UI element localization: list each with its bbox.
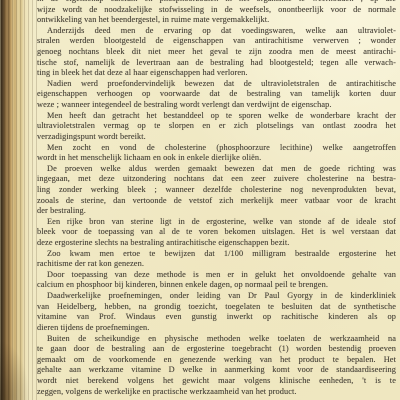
text-line: eigenschappen verhoogen op voorwaarde da…: [37, 89, 396, 100]
text-line: dieren tijdens de proefnemingen.: [37, 323, 396, 334]
text-line: tische stof, namelijk de levertraan aan …: [37, 58, 396, 69]
text-line: Nadien werd proefondervindelijk bewezen …: [37, 79, 396, 90]
text-line: zeggen, volgens de werkelijke en practis…: [37, 387, 396, 398]
text-line: van Heidelberg, hebben, na grondig toezi…: [37, 302, 396, 313]
text-line: weze ; wanneer integendeel de bestraling…: [37, 100, 396, 111]
text-line: genoeg nochtans bleek dit niet meer het …: [37, 47, 396, 58]
text-line: bleek voor de toepassing van al de te vo…: [37, 227, 396, 238]
text-line: deze ergosterine slechts na bestraling a…: [37, 238, 396, 249]
text-line: Zoo kwam men ertoe te bewijzen dat 1/100…: [37, 249, 396, 260]
text-line: ingegaan, met deze uitzondering nochtans…: [37, 174, 396, 185]
text-line: gemaakt om de voorkomende en genezende w…: [37, 355, 396, 366]
page-text: in de eigenschap calcium en phosphoorzou…: [37, 0, 396, 397]
text-line: stralen werden blootgesteld de eigenscha…: [37, 36, 396, 47]
text-line: wordt niet berekend volgens het gewicht …: [37, 376, 396, 387]
text-line: Daadwerkelijke proefnemingen, onder leid…: [37, 291, 396, 302]
text-line: Men heeft dan getracht het bestanddeel o…: [37, 111, 396, 122]
text-line: wijze wordt de noodzakelijke stofwisseli…: [37, 5, 396, 16]
text-line: calcium en phosphoor bij kinderen, binne…: [37, 280, 396, 291]
text-line: ling zonder werking bleek ; wanneer deze…: [37, 185, 396, 196]
book-page: in de eigenschap calcium en phosphoorzou…: [0, 0, 400, 400]
spine-shadow: [0, 340, 30, 400]
text-line: ultravioletstralen vermag op te slorpen …: [37, 121, 396, 132]
text-line: Buiten de scheikundige en physische meth…: [37, 334, 396, 345]
text-line: Anderzijds deed men de ervaring op dat v…: [37, 26, 396, 37]
text-line: Een rijke bron van sterine ligt in de er…: [37, 217, 396, 228]
text-line: Door toepassing van deze methode is men …: [37, 270, 396, 281]
text-line: verzadigingspunt wordt bereikt.: [37, 132, 396, 143]
text-line: Men zocht en vond de cholesterine (phosp…: [37, 143, 396, 154]
text-line: te gaan door de bestraling aan de ergost…: [37, 344, 396, 355]
text-line: zooals de sterine, dan vertoonde de vets…: [37, 196, 396, 207]
text-line: gehalte aan werkzame vitamine D welke in…: [37, 365, 396, 376]
text-line: vitamine van Prof. Windaus even gunstig …: [37, 312, 396, 323]
text-line: De proeven welke aldus werden gemaakt be…: [37, 164, 396, 175]
text-line: ting in bleek het dat deze al haar eigen…: [37, 68, 396, 79]
text-line: rachitisme der rat kon genezen.: [37, 259, 396, 270]
text-line: wordt in het menschelijk lichaam en ook …: [37, 153, 396, 164]
text-line: ontwikkeling van het beendergestel, in r…: [37, 15, 396, 26]
text-line: der bestraling.: [37, 206, 396, 217]
